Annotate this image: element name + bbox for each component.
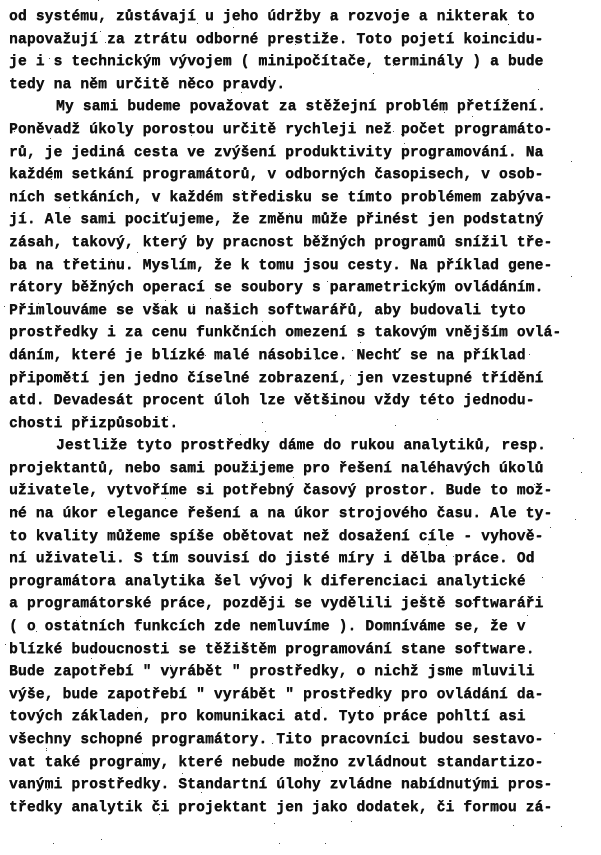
scan-speck xyxy=(50,138,51,139)
scan-speck xyxy=(331,20,332,21)
text-line: ba na třetinu. Myslím, že k tomu jsou ce… xyxy=(9,255,599,278)
scan-speck xyxy=(297,598,298,599)
scan-speck xyxy=(119,449,120,450)
text-line: blízké budoucnosti se těžištěm programov… xyxy=(9,639,599,662)
scan-speck xyxy=(250,468,251,469)
scan-speck xyxy=(351,399,352,400)
scan-speck xyxy=(159,814,160,815)
scan-speck xyxy=(428,544,429,545)
scan-speck xyxy=(128,335,129,336)
text-line: napovažují za ztrátu odborné prestiže. T… xyxy=(9,29,599,52)
text-line: né na úkor elegance řešení a na úkor str… xyxy=(9,503,599,526)
scan-speck xyxy=(76,620,77,621)
scan-speck xyxy=(262,714,263,715)
scan-speck xyxy=(165,300,166,301)
scan-speck xyxy=(262,422,263,423)
scan-speck xyxy=(335,415,336,416)
scan-speck xyxy=(393,131,394,132)
scan-speck xyxy=(573,438,574,439)
scan-speck xyxy=(470,779,471,780)
scan-speck xyxy=(550,527,551,528)
scan-speck xyxy=(300,378,301,379)
scan-speck xyxy=(265,431,266,432)
scan-speck xyxy=(325,843,326,844)
scan-speck xyxy=(160,306,161,307)
scan-speck xyxy=(535,225,536,226)
scan-speck xyxy=(542,577,543,578)
scan-speck xyxy=(51,179,52,180)
text-line: dáním, které je blízké malé násobilce. N… xyxy=(9,345,599,368)
scan-speck xyxy=(71,765,72,766)
scan-speck xyxy=(472,116,473,117)
text-line: prostředky i za cenu funkčních omezení s… xyxy=(9,322,599,345)
scan-speck xyxy=(210,298,211,299)
text-line: tedy na něm určitě něco pravdy. xyxy=(9,74,599,97)
scan-speck xyxy=(401,134,402,135)
text-line: Bude zapotřebí " vyrábět " prostředky, o… xyxy=(9,661,599,684)
scan-speck xyxy=(358,336,359,337)
scan-speck xyxy=(289,213,290,214)
scan-speck xyxy=(199,285,200,286)
scan-speck xyxy=(269,629,270,630)
scan-speck xyxy=(351,821,352,822)
scan-speck xyxy=(233,27,234,28)
scan-speck xyxy=(137,252,138,253)
text-line: projektantů, nebo sami použijeme pro řeš… xyxy=(9,458,599,481)
scan-speck xyxy=(228,805,229,806)
scan-speck xyxy=(30,314,31,315)
scan-speck xyxy=(274,823,275,824)
text-line: ( o ostatních funkcích zde nemluvíme ). … xyxy=(9,616,599,639)
scan-speck xyxy=(161,653,162,654)
text-line: je i s technickým vývojem ( minipočítače… xyxy=(9,51,599,74)
scan-speck xyxy=(504,124,505,125)
text-line: chosti přizpůsobit. xyxy=(9,413,599,436)
scan-speck xyxy=(298,200,299,201)
scan-speck xyxy=(534,484,535,485)
scan-speck xyxy=(393,65,394,66)
text-line: tových základen, pro komunikaci atd. Tyt… xyxy=(9,706,599,729)
scan-speck xyxy=(21,331,22,332)
scan-speck xyxy=(352,350,353,351)
scan-speck xyxy=(269,76,270,77)
text-line: každém setkání programátorů, v odborných… xyxy=(9,164,599,187)
scan-speck xyxy=(401,239,402,240)
typewritten-page: od systému, zůstávají u jeho údržby a ro… xyxy=(0,0,601,855)
scan-speck xyxy=(170,665,171,666)
scan-speck xyxy=(407,551,408,552)
scan-speck xyxy=(72,378,73,379)
text-line: zásah, takový, který by pracnost běžných… xyxy=(9,232,599,255)
scan-speck xyxy=(91,658,92,659)
scan-speck xyxy=(281,201,282,202)
text-line: vanými prostředky. Standartní úlohy zvlá… xyxy=(9,774,599,797)
scan-speck xyxy=(240,434,241,435)
scan-speck xyxy=(48,17,49,18)
scan-speck xyxy=(448,666,449,667)
scan-speck xyxy=(321,707,322,708)
scan-speck xyxy=(46,748,47,749)
scan-speck xyxy=(360,342,361,343)
text-line: a programátorské práce, později se vyděl… xyxy=(9,593,599,616)
scan-speck xyxy=(279,843,280,844)
scan-speck xyxy=(561,826,562,827)
scan-speck xyxy=(272,471,273,472)
scan-speck xyxy=(81,190,82,191)
scan-speck xyxy=(554,733,555,734)
scan-speck xyxy=(109,560,110,561)
scan-speck xyxy=(530,807,531,808)
paragraph-first-line: Jestliže tyto prostředky dáme do rukou a… xyxy=(9,435,599,458)
scan-speck xyxy=(293,477,294,478)
scan-speck xyxy=(101,839,102,840)
text-line: ních setkáních, v každém středisku se tí… xyxy=(9,187,599,210)
scan-speck xyxy=(444,112,445,113)
text-line: jí. Ale sami pociťujeme, že změnu může p… xyxy=(9,209,599,232)
scan-speck xyxy=(538,89,539,90)
scan-speck xyxy=(111,259,112,260)
text-line: vat také programy, které nebude možno zv… xyxy=(9,752,599,775)
scan-speck xyxy=(321,237,322,238)
scan-speck xyxy=(157,201,158,202)
scan-speck xyxy=(453,556,454,557)
text-line: od systému, zůstávají u jeho údržby a ro… xyxy=(9,6,599,29)
scan-speck xyxy=(69,207,70,208)
scan-speck xyxy=(315,359,316,360)
scan-speck xyxy=(263,64,264,65)
scan-speck xyxy=(53,843,54,844)
text-line: to kvality můžeme spíše obětovat než dos… xyxy=(9,526,599,549)
scan-speck xyxy=(272,743,273,744)
text-line: Poněvadž úkoly porostou určitě rychleji … xyxy=(9,119,599,142)
scan-speck xyxy=(529,354,530,355)
text-line: uživatele, vytvoříme si potřebný časový … xyxy=(9,480,599,503)
scan-speck xyxy=(137,535,138,536)
scan-speck xyxy=(472,603,473,604)
scan-speck xyxy=(373,73,374,74)
scan-speck xyxy=(167,416,168,417)
scan-speck xyxy=(437,419,438,420)
scan-speck xyxy=(38,303,39,304)
scan-speck xyxy=(269,374,270,375)
scan-speck xyxy=(266,198,267,199)
scan-speck xyxy=(242,190,243,191)
scan-speck xyxy=(142,753,143,754)
scan-speck xyxy=(4,306,5,307)
text-line: všechny schopné programátory. Tito praco… xyxy=(9,729,599,752)
scan-speck xyxy=(285,353,286,354)
scan-speck xyxy=(165,498,166,499)
scan-speck xyxy=(191,135,192,136)
text-line: rů, je jediná cesta ve zvýšení produktiv… xyxy=(9,142,599,165)
scan-speck xyxy=(571,276,572,277)
text-line: programátora analytika šel vývoj k difer… xyxy=(9,571,599,594)
scan-speck xyxy=(479,351,480,352)
scan-speck xyxy=(404,143,405,144)
scan-speck xyxy=(446,545,447,546)
scan-speck xyxy=(78,604,79,605)
scan-speck xyxy=(295,44,296,45)
text-line: Přimlouváme se však u našich softwarářů,… xyxy=(9,300,599,323)
paragraph-first-line: My sami budeme považovat za stěžejní pro… xyxy=(9,96,599,119)
scan-speck xyxy=(80,616,81,617)
scan-speck xyxy=(262,321,263,322)
scan-speck xyxy=(350,375,351,376)
scan-speck xyxy=(327,281,328,282)
scan-speck xyxy=(49,58,50,59)
scan-speck xyxy=(47,789,48,790)
scan-speck xyxy=(422,594,423,595)
scan-speck xyxy=(581,472,582,473)
scan-speck xyxy=(17,511,18,512)
scan-speck xyxy=(322,771,323,772)
scan-speck xyxy=(197,23,198,24)
scan-speck xyxy=(28,351,29,352)
scan-speck xyxy=(193,304,194,305)
scan-speck xyxy=(571,161,572,162)
scan-speck xyxy=(98,0,99,1)
scan-speck xyxy=(575,519,576,520)
text-line: rátory běžných operací se soubory s para… xyxy=(9,277,599,300)
scan-speck xyxy=(201,792,202,793)
scan-speck xyxy=(496,151,497,152)
scan-speck xyxy=(205,355,206,356)
scan-speck xyxy=(379,706,380,707)
scan-speck xyxy=(390,333,391,334)
scan-speck xyxy=(14,131,15,132)
scan-speck xyxy=(395,425,396,426)
scan-speck xyxy=(105,42,106,43)
scan-speck xyxy=(5,644,6,645)
scan-speck xyxy=(527,615,528,616)
scan-speck xyxy=(100,31,101,32)
text-line: ní uživateli. S tím souvisí do jisté mír… xyxy=(9,548,599,571)
scan-speck xyxy=(139,630,140,631)
scan-speck xyxy=(74,675,75,676)
scan-speck xyxy=(36,631,37,632)
scan-speck xyxy=(188,18,189,19)
scan-speck xyxy=(513,825,514,826)
text-line: tředky analytik či projektant jen jako d… xyxy=(9,797,599,820)
scan-speck xyxy=(206,197,207,198)
scan-speck xyxy=(241,92,242,93)
scan-speck xyxy=(394,740,395,741)
scan-speck xyxy=(137,707,138,708)
scan-speck xyxy=(508,24,509,25)
text-line: připomětí jen jedno číselné zobrazení, j… xyxy=(9,368,599,391)
text-line: atd. Devadesát procent úloh lze většinou… xyxy=(9,390,599,413)
scan-speck xyxy=(182,773,183,774)
scan-speck xyxy=(410,628,411,629)
text-line: výše, bude zapotřebí " vyrábět " prostře… xyxy=(9,684,599,707)
document-body: od systému, zůstávají u jeho údržby a ro… xyxy=(9,6,599,819)
scan-speck xyxy=(46,750,47,751)
